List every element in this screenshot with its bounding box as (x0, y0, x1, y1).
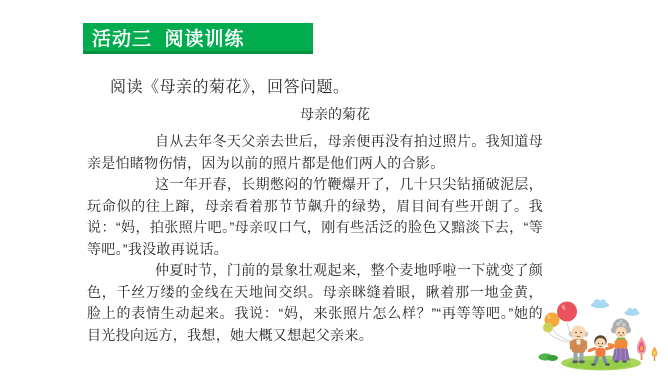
article-title: 母亲的菊花 (107, 104, 563, 124)
cloud-icon (625, 308, 640, 316)
balloons (543, 302, 577, 333)
cloud-icon (591, 299, 609, 308)
section-banner-label: 活动三 阅读训练 (83, 24, 245, 51)
instruction-text: 阅读《母亲的菊花》，回答问题。 (110, 74, 350, 97)
article-paragraph-2: 这一年开春，长期憋闷的竹鞭爆开了，几十只尖钻捅破泥层，玩命似的往上蹿，母亲看着那… (87, 174, 543, 260)
family-illustration (535, 291, 668, 374)
article: 母亲的菊花 自从去年冬天父亲去世后，母亲便再没有拍过照片。我知道母亲是怕睹物伤情… (87, 104, 543, 346)
section-banner: 活动三 阅读训练 (83, 23, 313, 54)
article-paragraph-1: 自从去年冬天父亲去世后，母亲便再没有拍过照片。我知道母亲是怕睹物伤情，因为以前的… (87, 131, 543, 174)
slide: 活动三 阅读训练 阅读《母亲的菊花》，回答问题。 母亲的菊花 自从去年冬天父亲去… (0, 0, 668, 376)
pink-tree (637, 337, 646, 361)
orange-tree (652, 347, 658, 362)
article-paragraph-3: 仲夏时节，门前的景象壮观起来，整个麦地呼啦一下就变了颜色，千丝万缕的金线在天地间… (87, 260, 543, 346)
bush (539, 353, 559, 361)
